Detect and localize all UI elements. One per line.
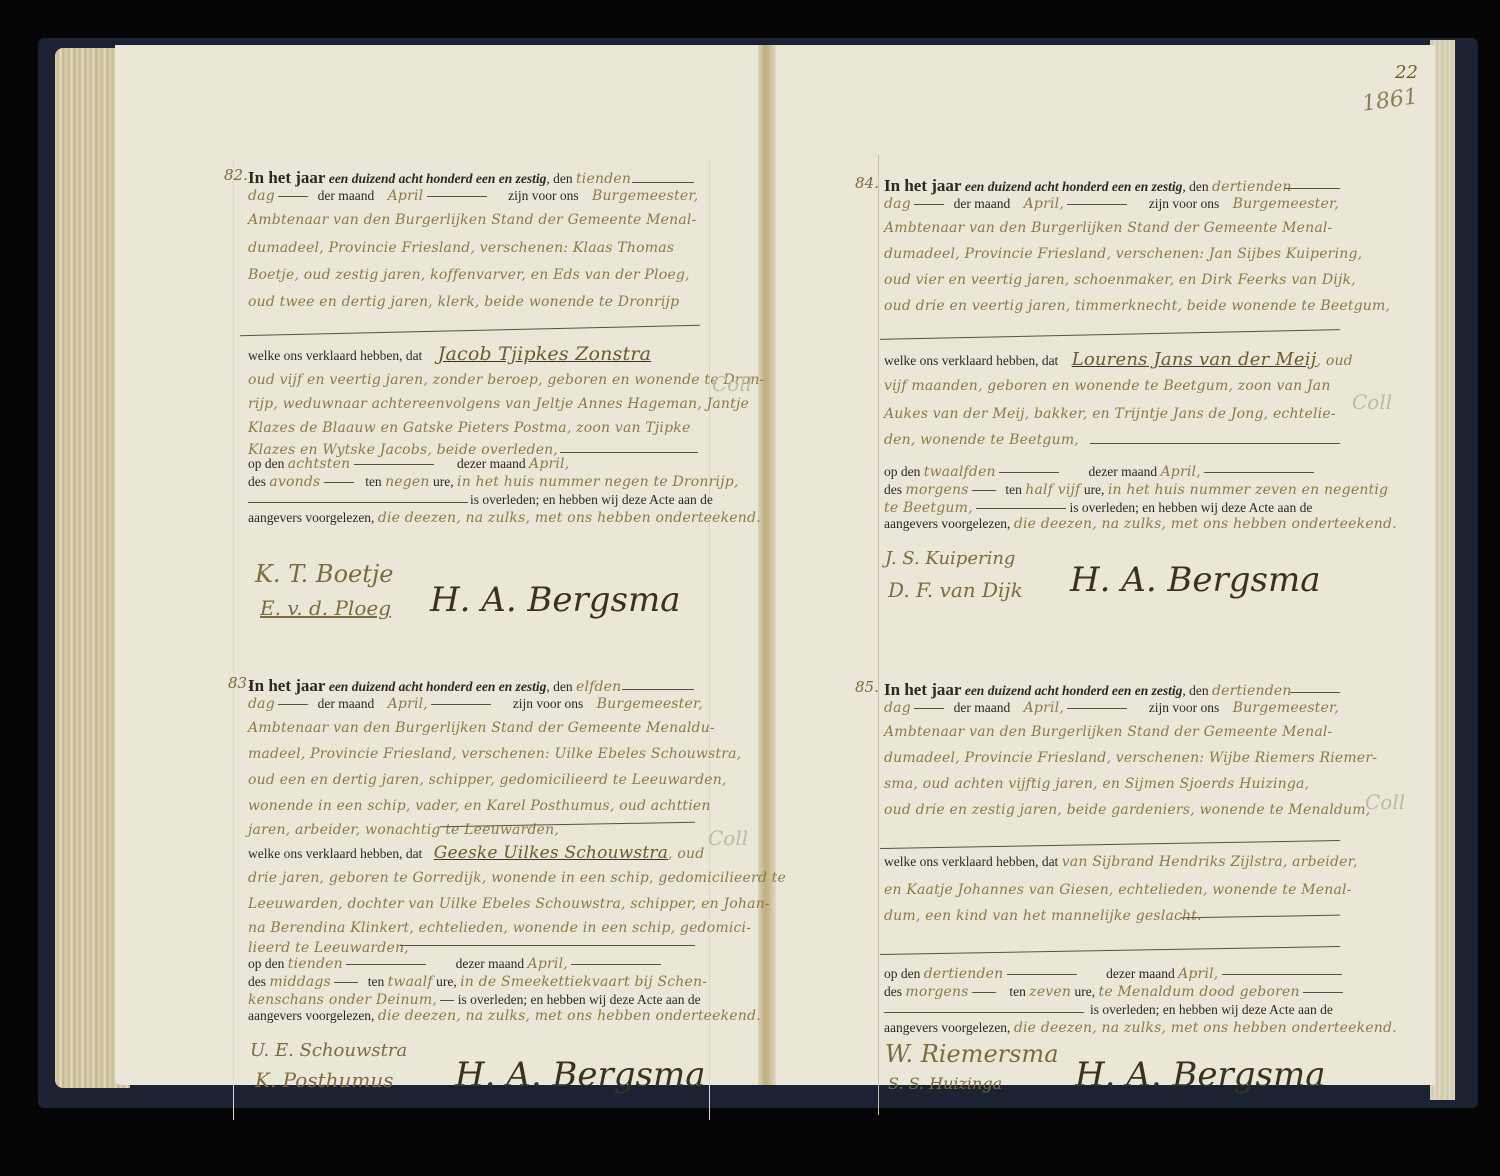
printed-text: ten — [1009, 984, 1026, 999]
hour: twaalf — [388, 974, 433, 990]
printed-text: In het jaar — [248, 168, 325, 187]
handwritten-line: oud vijf en veertig jaren, zonder beroep… — [248, 370, 764, 390]
death-place: in de Smeekettiekvaart bij Schen- — [460, 974, 707, 990]
official-signature: H. A. Bergsma — [1075, 1055, 1326, 1095]
printed-text: aangevers voorgelezen, — [884, 1020, 1010, 1035]
death-day: dertienden — [924, 966, 1004, 982]
printed-text: welke ons verklaard hebben, dat — [248, 348, 422, 363]
printed-text: ure, — [436, 974, 457, 989]
daypart: middags — [269, 974, 331, 990]
book-gutter — [758, 45, 776, 1085]
handwritten-dag: dag — [884, 700, 911, 716]
official-signature: H. A. Bergsma — [1070, 560, 1321, 600]
hour: half vijf — [1025, 482, 1080, 498]
handwritten-line: Leeuwarden, dochter van Uilke Ebeles Sch… — [248, 894, 770, 914]
deceased-name: Lourens Jans van der Meij — [1072, 349, 1317, 370]
printed-text: In het jaar — [884, 176, 961, 195]
handwritten-line: jaren, arbeider, wonachtig te Leeuwarden… — [248, 820, 559, 840]
printed-text: der maand — [318, 696, 375, 711]
handwritten-month: April, — [1024, 700, 1064, 716]
daypart: morgens — [905, 984, 968, 1000]
act-number: 85. — [855, 678, 879, 696]
printed-text: op den — [248, 456, 284, 471]
handwritten-month: April — [388, 188, 424, 204]
handwritten-line: oud drie en veertig jaren, timmerknecht,… — [884, 296, 1390, 316]
handwritten-line: drie jaren, geboren te Gorredijk, wonend… — [248, 868, 786, 888]
printed-text: , den — [1182, 683, 1208, 698]
printed-text: aangevers voorgelezen, — [248, 1008, 374, 1023]
printed-text: is overleden; en hebben wij deze Acte aa… — [1090, 1000, 1333, 1020]
handwritten-month: April, — [1024, 196, 1064, 212]
death-month: April, — [1178, 966, 1218, 982]
printed-text: is overleden; en hebben wij deze Acte aa… — [470, 490, 713, 510]
death-month: April, — [529, 456, 569, 472]
handwritten-line: Aukes van der Meij, bakker, en Trijntje … — [884, 404, 1336, 424]
handwritten-line: Boetje, oud zestig jaren, koffenvarver, … — [248, 265, 690, 285]
witness-signature: E. v. d. Ploeg — [260, 596, 391, 620]
act-number: 82. — [224, 166, 248, 184]
death-place: te Menaldum dood geboren — [1099, 984, 1300, 1000]
handwritten-line: oud drie en zestig jaren, beide gardenie… — [884, 800, 1370, 820]
printed-text: In het jaar — [248, 676, 325, 695]
handwritten-official: Burgemeester, — [1233, 700, 1339, 716]
handwritten-day: elfden — [576, 679, 621, 695]
printed-text: ure, — [1084, 482, 1105, 497]
deceased-name: Geeske Uilkes Schouwstra — [434, 843, 668, 863]
handwritten-dag: dag — [248, 188, 275, 204]
witness-signature: K. Posthumus — [255, 1068, 394, 1092]
printed-text: aangevers voorgelezen, — [884, 516, 1010, 531]
witness-signature: S. S. Huizinga — [888, 1074, 1002, 1093]
printed-text: op den — [884, 966, 920, 981]
handwritten-official: Burgemeester, — [597, 696, 703, 712]
witness-signature: K. T. Boetje — [255, 560, 394, 588]
printed-text: des — [248, 974, 266, 989]
handwritten-line: Klazes de Blaauw en Gatske Pieters Postm… — [248, 418, 690, 438]
handwritten-official: Burgemeester, — [1233, 196, 1339, 212]
printed-text: is overleden; en hebben wij deze Acte aa… — [458, 992, 701, 1007]
printed-text: des — [884, 984, 902, 999]
handwritten-line: sma, oud achten vijftig jaren, en Sijmen… — [884, 774, 1309, 794]
margin-note: Coll — [1365, 790, 1405, 814]
handwritten-line: oud vier en veertig jaren, schoenmaker, … — [884, 270, 1356, 290]
daypart: morgens — [905, 482, 968, 498]
act-number: 84. — [855, 174, 879, 192]
closing-formula: die deezen, na zulks, met ons hebben ond… — [378, 510, 761, 526]
printed-text: ten — [368, 974, 385, 989]
handwritten-line: Ambtenaar van den Burgerlijken Stand der… — [248, 718, 715, 738]
printed-text: In het jaar — [884, 680, 961, 699]
handwritten-dag: dag — [248, 696, 275, 712]
printed-text: dezer maand — [456, 956, 525, 971]
handwritten-line: Ambtenaar van den Burgerlijken Stand der… — [884, 218, 1332, 238]
death-day: twaalfden — [924, 464, 996, 480]
printed-text: zijn voor ons — [513, 696, 584, 711]
printed-text: welke ons verklaard hebben, dat — [884, 854, 1058, 869]
handwritten-day: dertienden — [1212, 683, 1292, 699]
printed-text: zijn voor ons — [1149, 700, 1220, 715]
folio-number: 22 — [1395, 62, 1418, 83]
printed-text: zijn voor ons — [1149, 196, 1220, 211]
printed-text: der maand — [954, 700, 1011, 715]
margin-note: Coll — [712, 372, 752, 396]
handwritten-official: Burgemeester, — [592, 188, 698, 204]
margin-note: Coll — [708, 826, 748, 850]
printed-text: een duizend acht honderd een en zestig — [329, 171, 547, 186]
closing-formula: die deezen, na zulks, met ons hebben ond… — [1014, 1020, 1397, 1036]
printed-text: , den — [546, 679, 572, 694]
witness-signature: W. Riemersma — [885, 1040, 1059, 1068]
printed-text: welke ons verklaard hebben, dat — [884, 353, 1058, 368]
printed-text: der maand — [318, 188, 375, 203]
printed-text: welke ons verklaard hebben, dat — [248, 846, 422, 861]
handwritten-line: vijf maanden, geboren en wonende te Beet… — [884, 376, 1331, 396]
printed-text: ure, — [433, 474, 454, 489]
hour: zeven — [1029, 984, 1071, 1000]
printed-text: een duizend acht honderd een en zestig — [965, 683, 1183, 698]
death-place: in het huis nummer zeven en negentig — [1108, 482, 1388, 498]
death-place: in het huis nummer negen te Dronrijp, — [457, 474, 739, 490]
handwritten-line: dumadeel, Provincie Friesland, verschene… — [884, 748, 1377, 768]
printed-text: des — [248, 474, 266, 489]
handwritten-line: dumadeel, Provincie Friesland, verschene… — [248, 238, 674, 258]
deceased-name: van Sijbrand Hendriks Zijlstra, arbeider… — [1062, 854, 1358, 870]
handwritten-line: en Kaatje Johannes van Giesen, echtelied… — [884, 880, 1352, 900]
printed-text: , den — [1182, 179, 1208, 194]
witness-signature: D. F. van Dijk — [888, 578, 1023, 602]
margin-note: Coll — [1352, 390, 1392, 414]
printed-text: dezer maand — [1106, 966, 1175, 981]
printed-text: , den — [546, 171, 572, 186]
printed-text: des — [884, 482, 902, 497]
handwritten-line: wonende in een schip, vader, en Karel Po… — [248, 796, 711, 816]
official-signature: H. A. Bergsma — [455, 1055, 706, 1095]
handwritten-text: , oud — [1317, 353, 1353, 369]
handwritten-line: Ambtenaar van den Burgerlijken Stand der… — [248, 210, 696, 230]
handwritten-line: oud twee en dertig jaren, klerk, beide w… — [248, 292, 679, 312]
deceased-name: Jacob Tjipkes Zonstra — [438, 343, 651, 365]
handwritten-line: madeel, Provincie Friesland, verschenen:… — [248, 744, 741, 764]
official-signature: H. A. Bergsma — [430, 580, 681, 620]
printed-text: een duizend acht honderd een en zestig — [329, 679, 547, 694]
witness-signature: U. E. Schouwstra — [250, 1040, 407, 1061]
printed-text: zijn voor ons — [508, 188, 579, 203]
printed-text: een duizend acht honderd een en zestig — [965, 179, 1183, 194]
printed-text: is overleden; en hebben wij deze Acte aa… — [1070, 500, 1313, 515]
death-day: tienden — [288, 956, 343, 972]
handwritten-day: tienden — [576, 171, 631, 187]
handwritten-line: dum, een kind van het mannelijke geslach… — [884, 906, 1202, 926]
hour: negen — [385, 474, 430, 490]
printed-text: op den — [248, 956, 284, 971]
handwritten-dag: dag — [884, 196, 911, 212]
handwritten-line: dumadeel, Provincie Friesland, verschene… — [884, 244, 1362, 264]
printed-text: ure, — [1075, 984, 1096, 999]
printed-text: dezer maand — [457, 456, 526, 471]
handwritten-line: den, wonende te Beetgum, — [884, 430, 1079, 450]
printed-text: ten — [365, 474, 382, 489]
printed-text: ten — [1005, 482, 1022, 497]
handwritten-line: Ambtenaar van den Burgerlijken Stand der… — [884, 722, 1332, 742]
handwritten-month: April, — [388, 696, 428, 712]
handwritten-day: dertienden — [1212, 179, 1292, 195]
printed-text: dezer maand — [1089, 464, 1158, 479]
closing-formula: die deezen, na zulks, met ons hebben ond… — [1014, 516, 1397, 532]
printed-text: der maand — [954, 196, 1011, 211]
death-month: April, — [1161, 464, 1201, 480]
death-month: April, — [528, 956, 568, 972]
handwritten-line: rijp, weduwnaar achtereenvolgens van Jel… — [248, 394, 749, 414]
death-day: achtsten — [288, 456, 351, 472]
daypart: avonds — [269, 474, 320, 490]
printed-text: op den — [884, 464, 920, 479]
witness-signature: J. S. Kuipering — [885, 548, 1015, 569]
closing-formula: die deezen, na zulks, met ons hebben ond… — [378, 1008, 761, 1024]
handwritten-line: na Berendina Klinkert, echtelieden, wone… — [248, 918, 751, 938]
handwritten-text: , oud — [668, 846, 704, 862]
printed-text: aangevers voorgelezen, — [248, 510, 374, 525]
handwritten-line: oud een en dertig jaren, schipper, gedom… — [248, 770, 727, 790]
